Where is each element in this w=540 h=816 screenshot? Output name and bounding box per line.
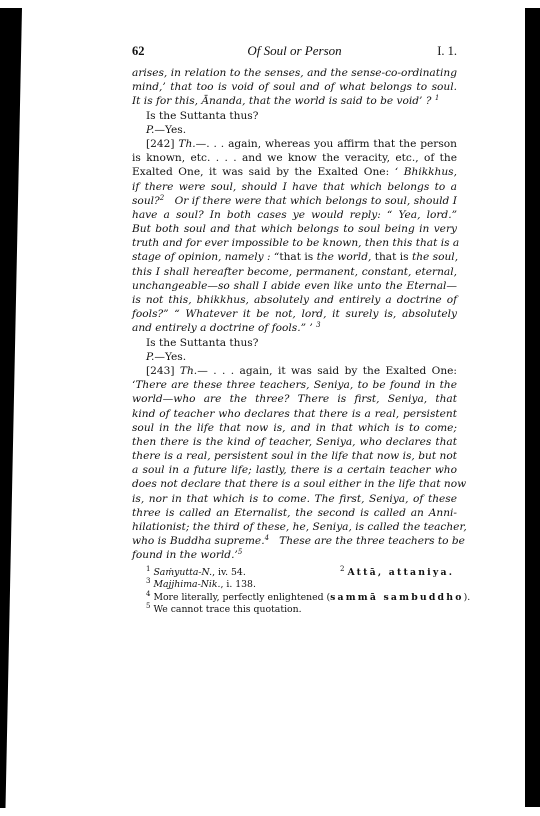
text-line: ‘There are these three teachers, Seniya,…	[132, 378, 457, 392]
question-line: Is the Suttanta thus?	[132, 336, 457, 350]
footnote-3: 3 Majjhima-Nik., i. 138.	[132, 579, 457, 592]
text-line: have a soul? In both cases ye would repl…	[132, 208, 457, 222]
section-242-start: [242] Th.—. . . again, whereas you affir…	[132, 137, 457, 151]
text-line: three is called an Eternalist, the secon…	[132, 506, 457, 520]
text-line: then there is the kind of teacher, Seniy…	[132, 435, 457, 449]
text-line: is, nor in that which is to come. The fi…	[132, 492, 457, 506]
text-line: stage of opinion, namely : “that is the …	[132, 250, 457, 264]
footnote-ref: 3	[316, 321, 320, 329]
section-marker: I. 1.	[437, 44, 457, 58]
scan-right-border	[525, 8, 540, 807]
footnote-ref: 2	[160, 194, 164, 202]
footnote-ref: 1	[435, 94, 439, 102]
text-line: soul in the life that now is, and in tha…	[132, 421, 457, 435]
text-line: truth and for ever impossible to be know…	[132, 236, 457, 250]
footnote-5: 5 We cannot trace this quotation.	[132, 604, 457, 617]
text-line: world—who are the three? There is first,…	[132, 392, 457, 406]
book-page: 62 Of Soul or Person I. 1. arises, in re…	[132, 44, 457, 617]
text-line: unchangeable—so shall I abide even like …	[132, 279, 457, 293]
scan-left-border	[0, 8, 22, 808]
footnote-4: 4 More literally, perfectly enlightened …	[132, 592, 457, 605]
text-line: found in the world.’5	[132, 548, 457, 562]
section-243-start: [243] Th.— . . . again, it was said by t…	[132, 364, 457, 378]
text-line: if there were soul, should I have that w…	[132, 180, 457, 194]
footnote-1: 1 Saṁyutta-N., iv. 54.	[146, 567, 246, 578]
text-line: fools?” “ Whatever it be not, lord, it s…	[132, 307, 457, 321]
text-line: this I shall hereafter become, permanent…	[132, 265, 457, 279]
text-line: and entirely a doctrine of fools.” ’ 3	[132, 321, 457, 335]
footnote-ref: 5	[238, 548, 242, 556]
text-line: a soul in a future life; lastly, there i…	[132, 463, 457, 477]
text-line: Exalted One, it was said by the Exalted …	[132, 165, 457, 179]
answer-line: P.—Yes.	[132, 123, 457, 137]
running-title: Of Soul or Person	[132, 44, 457, 58]
text-line: does not declare that there is a soul ei…	[132, 477, 457, 491]
answer-line: P.—Yes.	[132, 350, 457, 364]
text-line: there is a real, persistent soul in the …	[132, 449, 457, 463]
text-line: who is Buddha supreme.4 These are the th…	[132, 534, 457, 548]
text-line: is known, etc. . . . and we know the ver…	[132, 151, 457, 165]
text-line: kind of teacher who declares that there …	[132, 407, 457, 421]
text-line: arises, in relation to the senses, and t…	[132, 66, 457, 80]
running-header: 62 Of Soul or Person I. 1.	[132, 44, 457, 66]
text-line: soul?2 Or if there were that which belon…	[132, 194, 457, 208]
text-line: But both soul and that which belongs to …	[132, 222, 457, 236]
footnote-2: 2 Attā, attaniya.	[340, 567, 454, 580]
footnote-ref: 4	[265, 534, 269, 542]
text-line: It is for this, Ānanda, that the world i…	[132, 94, 457, 108]
footnote-row: 1 Saṁyutta-N., iv. 54. 2 Attā, attaniya.	[132, 567, 457, 580]
text-line: mind,’ that too is void of soul and of w…	[132, 80, 457, 94]
text-line: is not this, bhikkhus, absolutely and en…	[132, 293, 457, 307]
text-line: hilationist; the third of these, he, Sen…	[132, 520, 457, 534]
question-line: Is the Suttanta thus?	[132, 109, 457, 123]
